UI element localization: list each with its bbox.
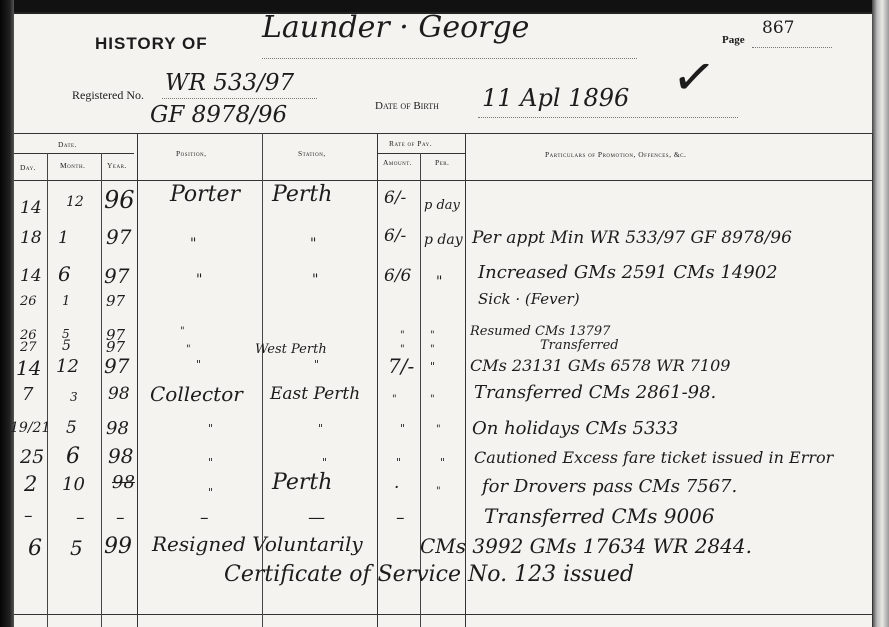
cell-year: 97 bbox=[106, 292, 125, 310]
cell-position: " bbox=[208, 422, 213, 435]
pay-subheader-line bbox=[377, 153, 465, 154]
date-subheader-line bbox=[14, 153, 134, 154]
cell-particulars: On holidays CMs 5333 bbox=[472, 418, 678, 439]
name-underline bbox=[262, 58, 637, 59]
header-rate-of-pay: Rate of Pay. bbox=[389, 139, 432, 148]
col-divider-year bbox=[137, 133, 138, 627]
cell-amount: 6/- bbox=[384, 188, 406, 208]
cell-month: 1 bbox=[58, 228, 69, 248]
cell-amount: 7/- bbox=[388, 354, 414, 378]
cell-station: East Perth bbox=[270, 384, 360, 404]
col-divider-station bbox=[377, 133, 378, 627]
cell-particulars: CMs 23131 GMs 6578 WR 7109 bbox=[470, 356, 730, 375]
cell-amount: 6/6 bbox=[384, 266, 411, 286]
cell-month: 5 bbox=[70, 536, 83, 560]
cell-day: 14 bbox=[16, 356, 41, 380]
dob-value: 11 Apl 1896 bbox=[482, 84, 629, 112]
cell-per: " bbox=[430, 360, 435, 373]
cell-per: p day bbox=[424, 198, 460, 213]
cell-particulars: CMs 3992 GMs 17634 WR 2844. bbox=[420, 534, 752, 558]
cell-position: Porter bbox=[170, 182, 240, 207]
cell-position: " bbox=[180, 326, 185, 337]
cell-year: 98 bbox=[112, 472, 135, 493]
cell-day: 27 bbox=[20, 340, 37, 355]
cell-year: 98 bbox=[108, 384, 130, 404]
cell-amount: " bbox=[400, 330, 405, 341]
registered-number-secondary: GF 8978/96 bbox=[150, 102, 287, 128]
cell-amount: · bbox=[394, 478, 399, 498]
registered-label: Registered No. bbox=[72, 88, 144, 103]
cell-per: " bbox=[436, 486, 441, 497]
cell-per: " bbox=[430, 344, 435, 355]
scan-right-edge bbox=[872, 0, 889, 627]
cell-particulars: Transferred CMs 2861-98. bbox=[474, 382, 716, 403]
employee-name: Launder · George bbox=[262, 10, 529, 45]
cell-per: " bbox=[440, 456, 445, 469]
header-particulars: Particulars of Promotion, Offences, &c. bbox=[545, 150, 686, 159]
cell-per: " bbox=[430, 330, 435, 341]
cell-day: 19/21 bbox=[10, 420, 50, 436]
cell-station: Perth bbox=[272, 470, 332, 495]
check-mark-icon: ✓ bbox=[668, 45, 720, 110]
cell-per: " bbox=[430, 394, 435, 405]
cell-position: " bbox=[186, 344, 191, 355]
cell-station: — bbox=[308, 508, 325, 528]
cell-particulars: Sick · (Fever) bbox=[478, 290, 580, 308]
registered-number: WR 533/97 bbox=[165, 70, 294, 96]
cell-year: 98 bbox=[108, 444, 133, 468]
cell-amount: " bbox=[392, 394, 397, 405]
cell-amount: – bbox=[396, 508, 405, 528]
footer-note: Certificate of Service No. 123 issued bbox=[224, 562, 634, 587]
table-bottom-border bbox=[14, 614, 872, 615]
page-underline bbox=[752, 47, 832, 48]
cell-month: 1 bbox=[62, 294, 70, 309]
cell-month: 12 bbox=[66, 194, 84, 210]
cell-station: West Perth bbox=[255, 342, 327, 357]
page-number: 867 bbox=[762, 18, 794, 38]
cell-position: " bbox=[190, 236, 196, 252]
cell-position: " bbox=[196, 358, 201, 371]
cell-particulars: Transferred bbox=[540, 338, 619, 353]
cell-station: " bbox=[314, 358, 319, 371]
cell-year: 96 bbox=[104, 186, 135, 214]
cell-day: 2 bbox=[24, 472, 37, 496]
scan-left-edge bbox=[0, 0, 14, 627]
cell-per: p day bbox=[424, 232, 463, 248]
page-label: Page bbox=[722, 34, 745, 46]
cell-station: " bbox=[312, 272, 318, 288]
col-divider-month bbox=[101, 153, 102, 627]
registered-underline bbox=[162, 98, 317, 99]
cell-particulars: Per appt Min WR 533/97 GF 8978/96 bbox=[472, 228, 792, 248]
cell-month: 6 bbox=[58, 262, 71, 286]
cell-per: " bbox=[436, 274, 442, 290]
page-title: HISTORY OF bbox=[95, 34, 208, 54]
cell-position: " bbox=[196, 272, 202, 288]
cell-day: 7 bbox=[22, 384, 33, 405]
cell-year: 98 bbox=[106, 418, 129, 439]
header-position: Position, bbox=[176, 149, 207, 158]
cell-year: 97 bbox=[104, 354, 129, 378]
header-amount: Amount. bbox=[383, 158, 412, 167]
col-divider-day bbox=[47, 153, 48, 627]
cell-day: 6 bbox=[28, 536, 42, 561]
cell-particulars: Cautioned Excess fare ticket issued in E… bbox=[474, 448, 833, 467]
cell-station: " bbox=[310, 236, 316, 252]
cell-amount: " bbox=[400, 422, 405, 435]
cell-year: – bbox=[116, 508, 125, 528]
table-right-border bbox=[872, 133, 873, 627]
cell-position: – bbox=[200, 508, 209, 528]
table-header-bottom bbox=[14, 180, 872, 181]
cell-station: " bbox=[322, 456, 327, 469]
cell-position: " bbox=[208, 456, 213, 469]
cell-day: – bbox=[24, 506, 33, 526]
header-date: Date. bbox=[58, 140, 77, 149]
cell-particulars: Resumed CMs 13797 bbox=[470, 324, 610, 339]
cell-year: 99 bbox=[104, 534, 132, 559]
cell-particulars: Transferred CMs 9006 bbox=[484, 504, 715, 528]
cell-position: " bbox=[208, 486, 213, 499]
cell-amount: 6/- bbox=[384, 226, 406, 246]
header-month: Month. bbox=[60, 161, 85, 170]
cell-day: 26 bbox=[20, 294, 37, 309]
cell-month: 6 bbox=[66, 444, 80, 469]
cell-year: 97 bbox=[106, 225, 131, 249]
header-year: Year. bbox=[107, 161, 127, 170]
cell-month: 5 bbox=[66, 418, 77, 438]
cell-day: 25 bbox=[20, 446, 44, 468]
cell-month: 5 bbox=[62, 338, 71, 354]
cell-position: Resigned Voluntarily bbox=[152, 532, 363, 556]
cell-year: 97 bbox=[104, 264, 129, 288]
cell-month: 10 bbox=[62, 474, 85, 495]
cell-station: " bbox=[318, 422, 323, 435]
cell-month: 12 bbox=[56, 356, 79, 377]
cell-amount: " bbox=[396, 456, 401, 469]
dob-underline bbox=[478, 117, 738, 118]
cell-position: Collector bbox=[150, 382, 243, 406]
cell-month: 3 bbox=[70, 390, 78, 404]
cell-month: – bbox=[76, 508, 85, 528]
cell-station: Perth bbox=[272, 182, 332, 207]
header-per: Per. bbox=[435, 158, 449, 167]
cell-day: 14 bbox=[20, 266, 42, 286]
header-station: Station, bbox=[298, 149, 326, 158]
cell-particulars: Increased GMs 2591 CMs 14902 bbox=[478, 262, 778, 283]
cell-day: 18 bbox=[20, 228, 42, 248]
cell-per: " bbox=[436, 424, 441, 435]
header-day: Day. bbox=[20, 163, 36, 172]
table-top-border bbox=[14, 133, 872, 134]
cell-day: 14 bbox=[20, 198, 42, 218]
dob-label: Date of Birth bbox=[375, 100, 439, 112]
cell-particulars: for Drovers pass CMs 7567. bbox=[482, 476, 737, 497]
